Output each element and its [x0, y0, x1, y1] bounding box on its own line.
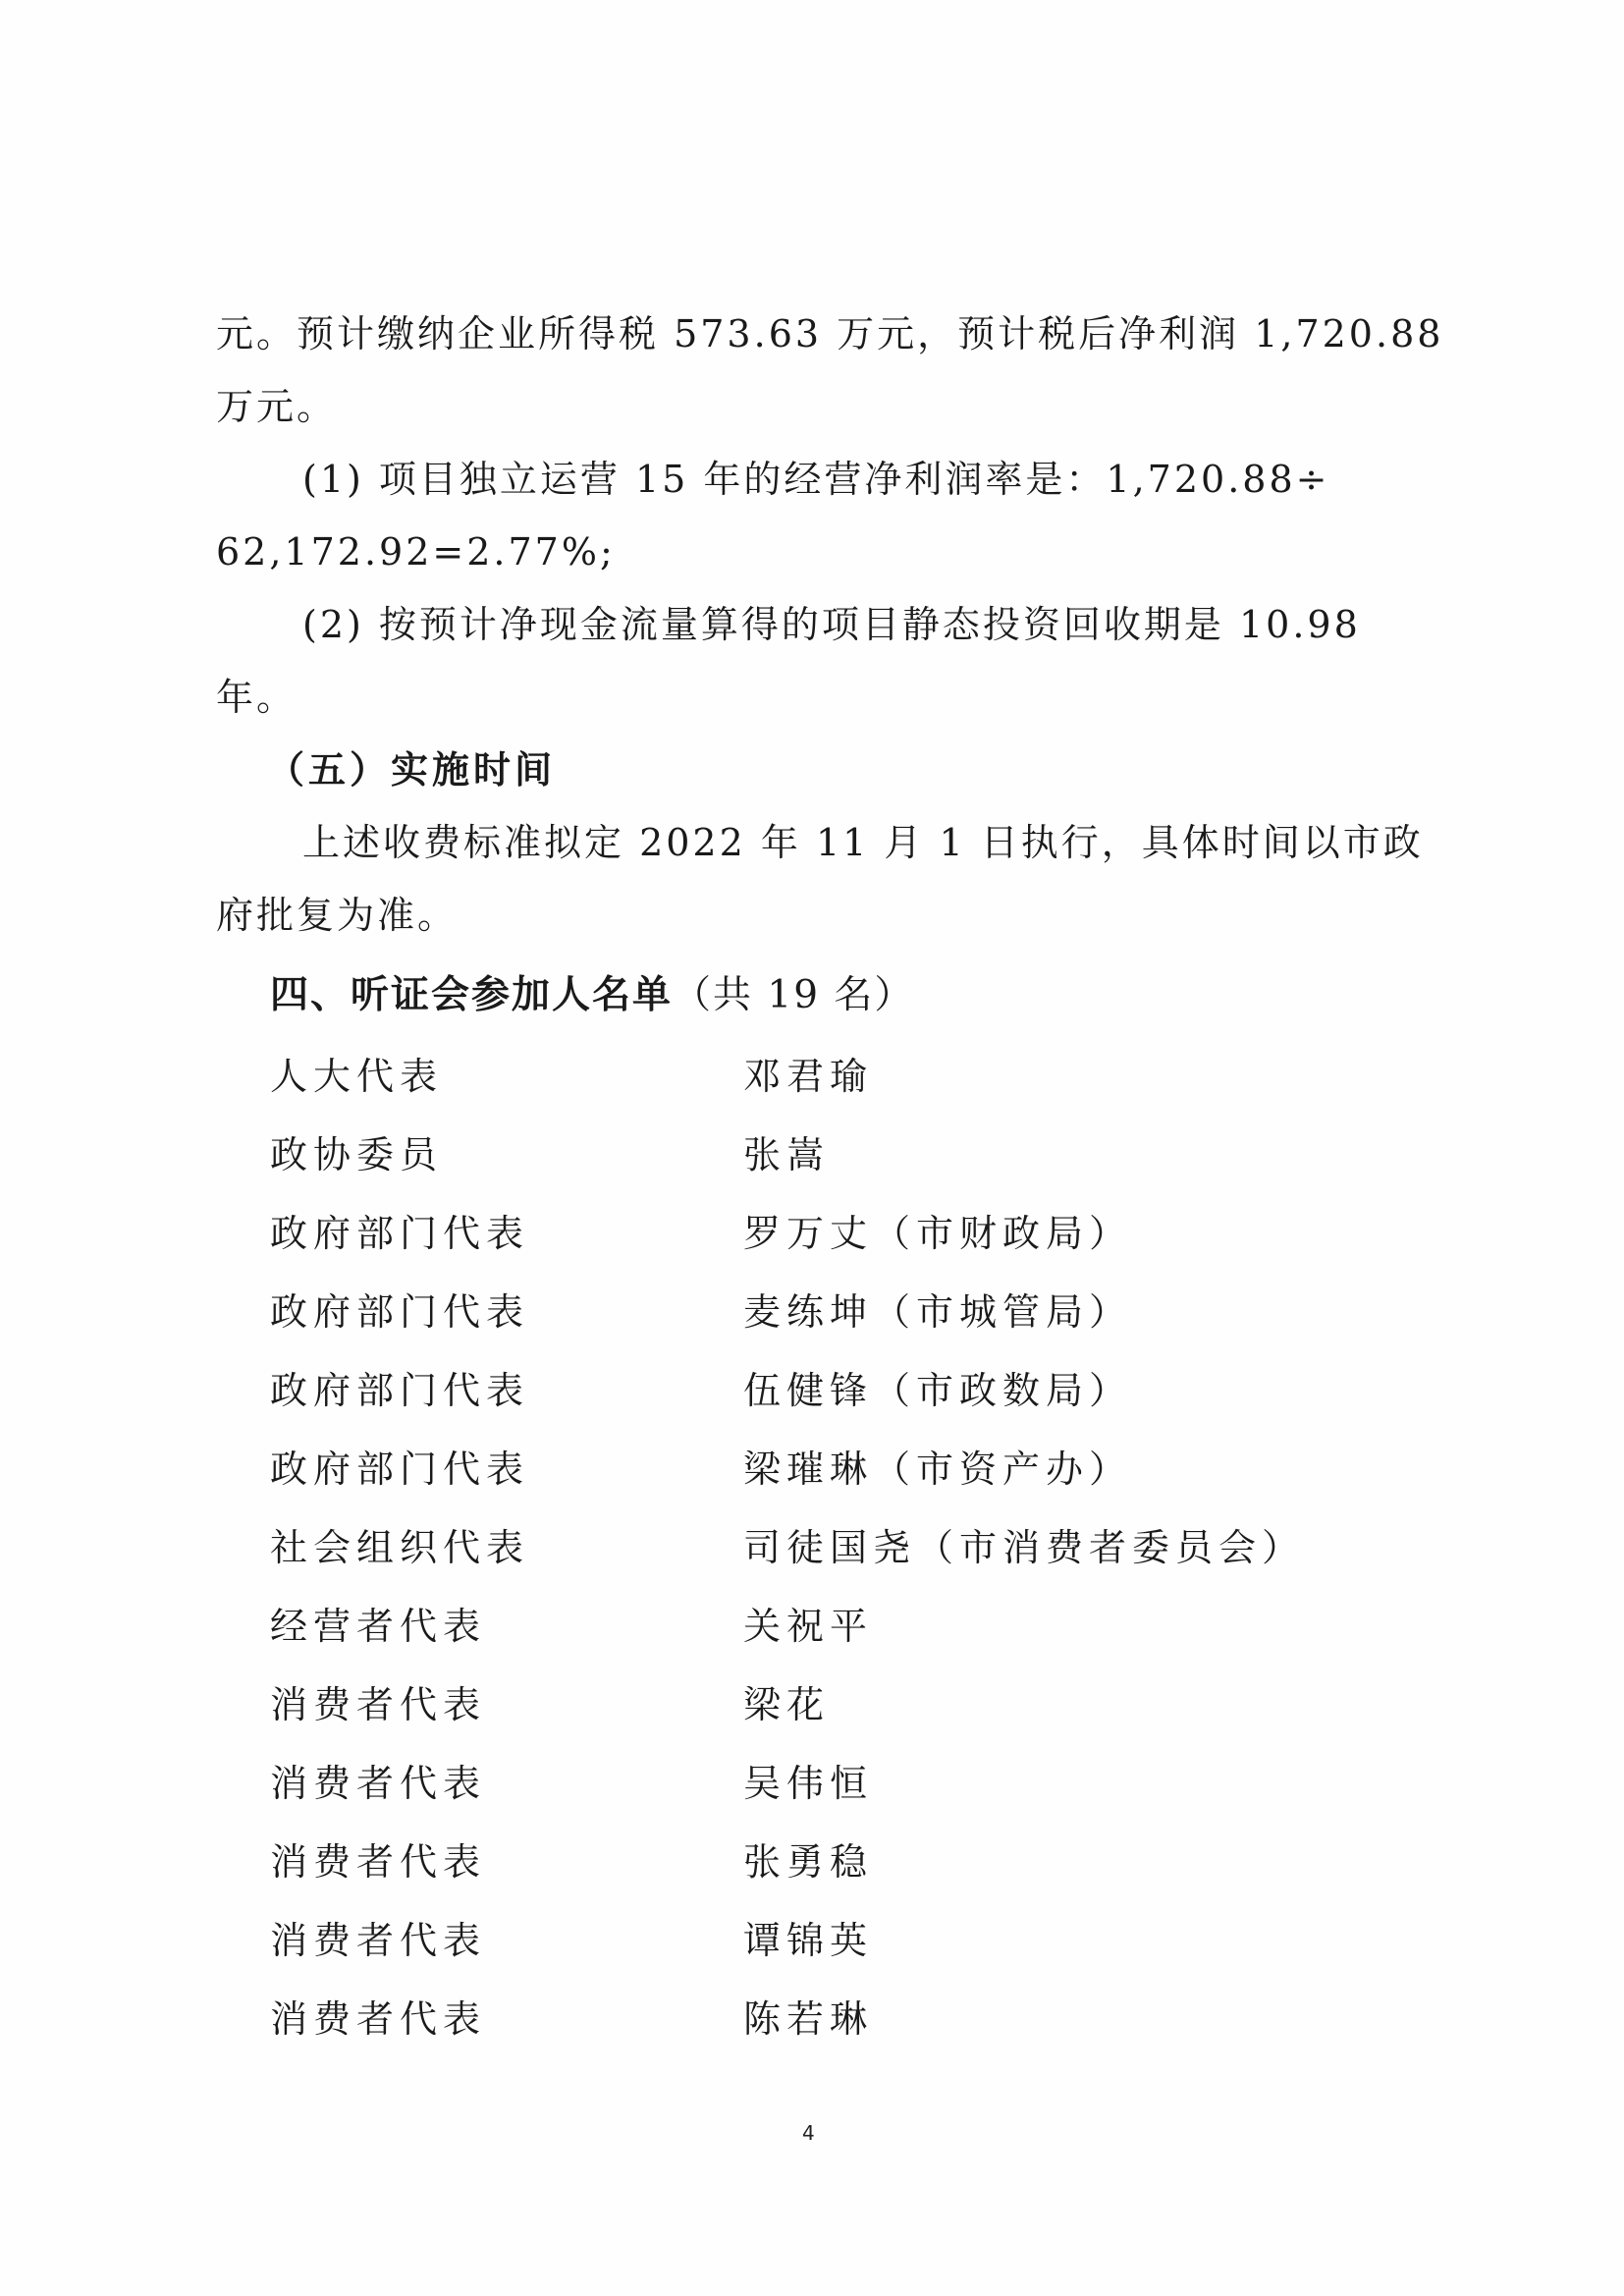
paragraph-line: 万元。: [216, 383, 337, 430]
participant-role: 消费者代表: [270, 1917, 486, 1964]
paragraph-line: (2) 按预计净现金流量算得的项目静态投资回收期是 10.98: [302, 601, 1361, 648]
participant-row: 政府部门代表 伍健锋（市政数局）: [270, 1367, 1350, 1414]
participant-role: 政府部门代表: [270, 1288, 529, 1336]
page-number: 4: [802, 2121, 815, 2145]
participant-role: 政协委员: [270, 1131, 443, 1178]
participant-row: 人大代表 邓君瑜: [270, 1053, 1350, 1100]
participant-name: 吴伟恒: [743, 1760, 873, 1807]
paragraph-line: (1) 项目独立运营 15 年的经营净利润率是：1,720.88÷: [302, 456, 1329, 503]
participant-row: 消费者代表 张勇稳: [270, 1838, 1350, 1886]
participant-count-note: （共 19 名）: [673, 973, 914, 1017]
participant-row: 政府部门代表 罗万丈（市财政局）: [270, 1210, 1350, 1257]
paragraph-line: 年。: [216, 674, 297, 721]
section-four-title: 四、听证会参加人名单（共 19 名）: [270, 972, 914, 1019]
participant-name: 麦练坤（市城管局）: [743, 1288, 1132, 1336]
participant-role: 政府部门代表: [270, 1446, 529, 1493]
participant-name: 伍健锋（市政数局）: [743, 1367, 1132, 1414]
participant-row: 政府部门代表 梁璀琳（市资产办）: [270, 1446, 1350, 1493]
participant-role: 消费者代表: [270, 1681, 486, 1728]
participant-name: 罗万丈（市财政局）: [743, 1210, 1132, 1257]
participant-name: 张嵩: [743, 1131, 830, 1178]
participant-name: 司徒国尧（市消费者委员会）: [743, 1524, 1305, 1571]
participant-name: 邓君瑜: [743, 1053, 873, 1100]
participant-row: 政府部门代表 麦练坤（市城管局）: [270, 1288, 1350, 1336]
participant-row: 消费者代表 吴伟恒: [270, 1760, 1350, 1807]
participant-row: 政协委员 张嵩: [270, 1131, 1350, 1178]
participant-role: 社会组织代表: [270, 1524, 529, 1571]
participant-row: 消费者代表 陈若琳: [270, 1995, 1350, 2043]
participant-row: 消费者代表 谭锦英: [270, 1917, 1350, 1964]
participant-role: 政府部门代表: [270, 1210, 529, 1257]
participant-name: 谭锦英: [743, 1917, 873, 1964]
participant-row: 消费者代表 梁花: [270, 1681, 1350, 1728]
participant-role: 消费者代表: [270, 1995, 486, 2043]
document-page: 元。预计缴纳企业所得税 573.63 万元，预计税后净利润 1,720.88 万…: [0, 0, 1624, 2296]
participant-role: 经营者代表: [270, 1603, 486, 1650]
participant-name: 陈若琳: [743, 1995, 873, 2043]
section-four-title-text: 四、听证会参加人名单: [270, 973, 673, 1017]
participant-name: 张勇稳: [743, 1838, 873, 1886]
paragraph-line: 62,172.92=2.77%;: [216, 528, 616, 575]
participant-role: 消费者代表: [270, 1838, 486, 1886]
participant-name: 梁花: [743, 1681, 830, 1728]
participant-name: 梁璀琳（市资产办）: [743, 1446, 1132, 1493]
paragraph-line: 府批复为准。: [216, 892, 458, 939]
participant-role: 消费者代表: [270, 1760, 486, 1807]
participant-role: 人大代表: [270, 1053, 443, 1100]
participant-name: 关祝平: [743, 1603, 873, 1650]
participant-row: 社会组织代表 司徒国尧（市消费者委员会）: [270, 1524, 1350, 1571]
participant-row: 经营者代表 关祝平: [270, 1603, 1350, 1650]
paragraph-line: 元。预计缴纳企业所得税 573.63 万元，预计税后净利润 1,720.88: [216, 310, 1443, 357]
paragraph-line: 上述收费标准拟定 2022 年 11 月 1 日执行，具体时间以市政: [302, 819, 1424, 866]
participant-role: 政府部门代表: [270, 1367, 529, 1414]
section-five-title: （五）实施时间: [267, 746, 556, 793]
